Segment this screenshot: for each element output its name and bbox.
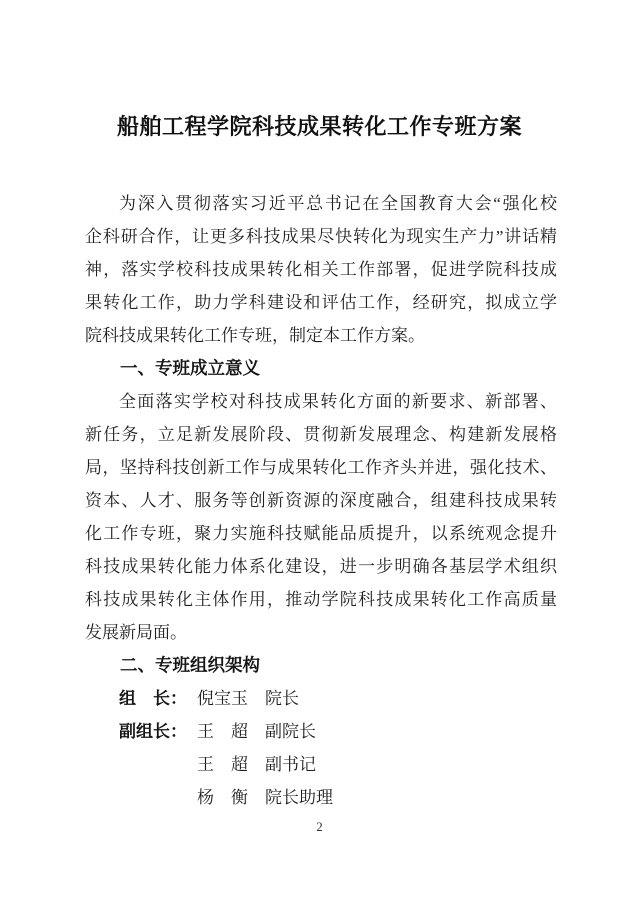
roster-person: 倪宝玉 院长 [197, 689, 299, 708]
text-line: 神，落实学校科技成果转化相关工作部署，促进学院科技成 [85, 253, 557, 286]
roster-role-label: 组 长： [119, 682, 197, 715]
text-line: 发展新局面。 [85, 616, 557, 649]
text-line: 二、专班组织架构 [85, 649, 557, 682]
roster-person: 杨 衡 院长助理 [197, 788, 333, 807]
roster-row: 王 超 副书记 [85, 748, 557, 781]
text-line: 果转化工作，助力学科建设和评估工作，经研究，拟成立学 [85, 286, 557, 319]
text-line: 局，坚持科技创新工作与成果转化工作齐头并进，强化技术、 [85, 451, 557, 484]
page-number: 2 [0, 818, 639, 836]
text-line: 科技成果转化主体作用，推动学院科技成果转化工作高质量 [85, 583, 557, 616]
text-line: 全面落实学校对科技成果转化方面的新要求、新部署、 [85, 385, 557, 418]
roster-row: 杨 衡 院长助理 [85, 781, 557, 814]
text-line: 化工作专班，聚力实施科技赋能品质提升，以系统观念提升 [85, 517, 557, 550]
roster-role-label: 副组长： [119, 715, 197, 748]
text-line: 一、专班成立意义 [85, 352, 557, 385]
document-title: 船舶工程学院科技成果转化工作专班方案 [0, 105, 639, 149]
text-line: 新任务，立足新发展阶段、贯彻新发展理念、构建新发展格 [85, 418, 557, 451]
text-line: 科技成果转化能力体系化建设，进一步明确各基层学术组织 [85, 550, 557, 583]
roster-person: 王 超 副书记 [197, 755, 316, 774]
roster-row: 副组长：王 超 副院长 [85, 715, 557, 748]
document-page: 船舶工程学院科技成果转化工作专班方案 为深入贯彻落实习近平总书记在全国教育大会“… [0, 0, 639, 904]
text-line: 企科研合作，让更多科技成果尽快转化为现实生产力”讲话精 [85, 220, 557, 253]
roster-row: 组 长：倪宝玉 院长 [85, 682, 557, 715]
roster-person: 王 超 副院长 [197, 722, 316, 741]
text-line: 为深入贯彻落实习近平总书记在全国教育大会“强化校 [85, 187, 557, 220]
document-body: 为深入贯彻落实习近平总书记在全国教育大会“强化校 企科研合作，让更多科技成果尽快… [85, 187, 557, 814]
text-line: 院科技成果转化工作专班，制定本工作方案。 [85, 319, 557, 352]
text-line: 资本、人才、服务等创新资源的深度融合，组建科技成果转 [85, 484, 557, 517]
